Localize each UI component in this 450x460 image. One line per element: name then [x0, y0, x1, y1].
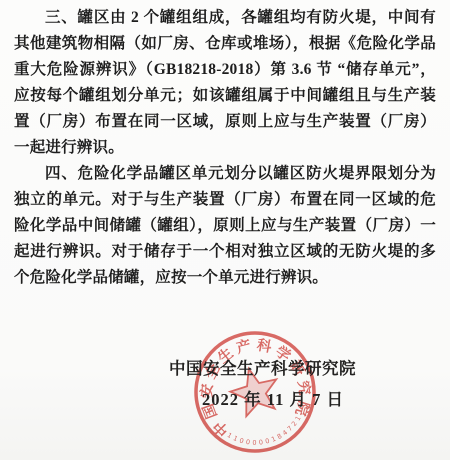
text-line: 独立的单元。对于与生产装置（厂房）布置在同一区域的危 — [14, 187, 436, 213]
text-line: 应按每个罐组划分单元；如该罐组属于中间罐组且与生产装 — [14, 83, 436, 109]
text-line: 其他建筑物相隔（如厂房、仓库或堆场），根据《危险化学品 — [14, 31, 436, 57]
text-line: 起进行辨识。对于储存于一个相对独立区域的无防火堤的多 — [14, 239, 436, 265]
text-line: 四、危险化学品罐区单元划分以罐区防火堤界限划分为 — [14, 161, 436, 187]
document-page: 三、罐区由 2 个罐组组成，各罐组均有防火堤，中间有 其他建筑物相隔（如厂房、仓… — [0, 0, 450, 460]
body-text: 三、罐区由 2 个罐组组成，各罐组均有防火堤，中间有 其他建筑物相隔（如厂房、仓… — [14, 5, 436, 291]
text-line: 置（厂房）布置在同一区域，原则上应与生产装置（厂房） — [14, 109, 436, 135]
text-line: 重大危险源辨识》（GB18218-2018）第 3.6 节 “储存单元”， — [14, 57, 436, 83]
signature-organization: 中国安全生产科学研究院 — [169, 355, 356, 379]
text-line: 一起进行辨识。 — [14, 135, 436, 161]
text-line: 个危险化学品储罐，应按一个单元进行辨识。 — [14, 265, 436, 291]
text-line: 险化学品中间储罐（罐组），原则上应与生产装置（厂房）一 — [14, 213, 436, 239]
text-line: 三、罐区由 2 个罐组组成，各罐组均有防火堤，中间有 — [14, 5, 436, 31]
signature-date: 2022 年 11 月 7 日 — [202, 386, 344, 410]
